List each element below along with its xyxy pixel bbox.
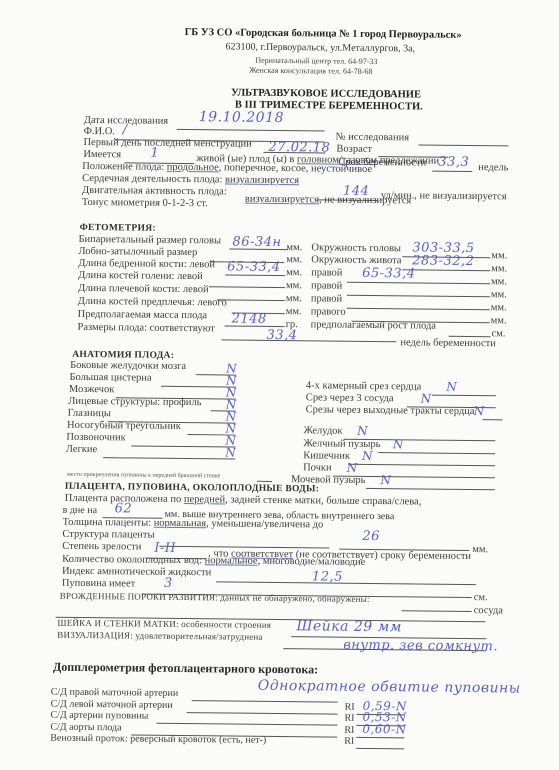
- fundus-value: 62: [115, 501, 133, 516]
- visualization-value: внутр. зев сомкнут.: [343, 638, 498, 655]
- anatomy-item-label: Желудок: [303, 425, 342, 436]
- age-label: Возраст: [336, 144, 372, 155]
- anatomy-item-label: Срезы через выходные тракты сердца: [306, 404, 475, 417]
- humerus-right-line: [347, 295, 490, 297]
- cord-unit: см.: [474, 592, 488, 603]
- size-value: 33,4: [266, 328, 297, 343]
- anatomy-right-column: 4-х камерный срез сердцаNСрез через 3 со…: [0, 0, 559, 3]
- thickness-options: , уменьшена/увеличена до: [206, 518, 323, 530]
- afi-value: 12,5: [312, 569, 343, 584]
- motor-value-row: визуализируется, не визуализируется: [245, 194, 411, 207]
- defects-label: ВРОЖДЕННЫЕ ПОРОКИ РАЗВИТИЯ: данных не об…: [60, 591, 370, 604]
- fluid-label: Количество околоплодных вод:: [62, 554, 202, 566]
- anatomy-item-value: N: [446, 380, 457, 394]
- doppler-row-label: С/Д левой маточной артерии: [51, 698, 173, 710]
- anatomy-item-label: Срез через 3 сосуда: [306, 392, 394, 404]
- doppler-heading: Допплерометрия фетоплацентарного кровото…: [53, 660, 318, 678]
- motor-row: Двигательная активность плода:: [82, 185, 227, 198]
- heart-label: Сердечная деятельность плода:: [82, 173, 222, 185]
- cord-label: Пуповина имеет: [62, 578, 135, 590]
- ofd-label: Лобно-затылочный размер: [78, 246, 197, 258]
- weeks-label: недель беременности: [400, 337, 496, 349]
- anatomy-item-label: Легкие: [66, 444, 98, 455]
- anatomy-item-label: Лицевые структуры: профиль: [68, 396, 201, 408]
- ri-label: RI: [344, 713, 354, 724]
- maturity-value: I-II: [154, 541, 176, 556]
- tibia-label: Длина костей голени: левой: [78, 270, 203, 282]
- anatomy-item-value: N: [362, 449, 373, 463]
- tibia-unit: мм.: [286, 280, 302, 291]
- fio-value: /: [123, 122, 128, 137]
- clinic-name: ГБ УЗ СО «Городская больница № 1 город П…: [185, 27, 462, 41]
- perinatal-phone: Перинатальный центр тел. 64-97-33: [255, 56, 377, 66]
- anatomy-item-value: N: [357, 424, 368, 438]
- doppler-row-label: Венозный проток: реверсный кровоток (ест…: [50, 733, 266, 746]
- bpd-unit: мм.: [286, 242, 302, 253]
- fluid-selected: нормальное: [205, 555, 258, 567]
- anatomy-item-line: [161, 386, 236, 388]
- anatomy-item-line: [379, 452, 496, 454]
- thickness-label: Толщина плаценты:: [62, 517, 151, 529]
- anatomy-item-line: [103, 457, 235, 459]
- anatomy-item-value: N: [225, 445, 236, 459]
- ofd-unit: мм.: [286, 254, 302, 265]
- clinic-address: 623100, г.Первоуральск, ул.Металлургов, …: [225, 41, 415, 54]
- anatomy-item-line: [483, 419, 503, 420]
- tibia-right-label: правой: [311, 280, 342, 291]
- ultrasound-report-page: ГБ УЗ СО «Городская больница № 1 город П…: [0, 0, 559, 770]
- tibia-line: [209, 286, 285, 288]
- forearm-right-label: правого: [311, 306, 346, 317]
- humerus-label: Длина плечевой кости: левой: [78, 283, 209, 295]
- size-line: [221, 339, 396, 342]
- anatomy-item-label: Боковые желудочки мозга: [70, 360, 186, 372]
- fetometry-heading: ФЕТОМЕТРИЯ:: [80, 223, 156, 234]
- doppler-row-label: С/Д правой маточной артерии: [51, 687, 179, 699]
- tibia-right-unit: мм.: [491, 289, 507, 300]
- anatomy-item-line: [348, 464, 495, 467]
- anatomy-item-value: N: [380, 473, 391, 487]
- tibia-right-value: 65-33,4: [362, 266, 416, 282]
- bpd-label: Бипариетальный размер головы: [78, 234, 221, 246]
- anatomy-item-value: N: [474, 404, 485, 418]
- womens-clinic-phone: Женская консультация тел. 64-78-68: [249, 66, 372, 76]
- ac-unit: мм.: [491, 263, 507, 274]
- bpd-value: 86-34н: [232, 235, 281, 251]
- doppler-row-line: [156, 723, 337, 726]
- position-label: Положение плода:: [82, 161, 164, 173]
- doppler-row-line: [187, 712, 338, 715]
- ri-label: RI: [345, 701, 355, 712]
- ac-label: Окружность живота: [311, 254, 401, 266]
- tone-label: Тонус миометрия 0-1-2-3 ст.: [82, 197, 208, 209]
- cervix-label: ШЕЙКА И СТЕНКИ МАТКИ: особенности строен…: [57, 618, 271, 630]
- ga-unit: недель: [478, 162, 508, 173]
- efw-label: Предполагаемая масса плода: [78, 309, 208, 321]
- anatomy-item-line: [366, 488, 495, 490]
- afi-label: Индекс амниотической жидкости: [62, 566, 211, 579]
- ga-line: [432, 171, 472, 172]
- study-number-label: № исследования: [336, 132, 410, 144]
- anatomy-item-label: Почки: [303, 462, 332, 473]
- ac-value: 283-32,2: [412, 253, 474, 269]
- humerus-right-unit: мм.: [491, 302, 507, 313]
- femur-right-unit: мм.: [491, 276, 507, 287]
- humerus-right-label: правой: [311, 293, 342, 304]
- anatomy-item-line: [432, 395, 496, 397]
- heart-row: Сердечная деятельность плода: визуализир…: [82, 173, 299, 186]
- lmp-label: Первый день последней менструации: [83, 137, 251, 150]
- anatomy-item-value: N: [393, 437, 404, 451]
- doppler-row-line: [192, 700, 338, 703]
- doppler-table: С/Д правой маточной артерииС/Д левой мат…: [0, 0, 559, 3]
- thickness-unit: мм.: [472, 544, 488, 555]
- visualization-label: ВИЗУАЛИЗАЦИЯ: удовлетворительная/затрудн…: [57, 630, 262, 642]
- efw-value: 2148: [232, 312, 267, 327]
- position-options: , поперечное, косое, неустойчивое: [219, 162, 372, 175]
- placenta-location-options: , задней стенке матки, больше справа/сле…: [225, 494, 421, 507]
- height-label: предполагаемый рост плода: [311, 319, 436, 331]
- motor-options: , не визуализируется: [319, 194, 411, 206]
- motor-selected: визуализируется: [245, 194, 319, 206]
- anatomy-item-label: Позвоночник: [66, 432, 125, 444]
- doppler-row-label: С/Д аорты плода: [50, 721, 121, 733]
- report-title-line1: УЛЬТРАЗВУКОВОЕ ИССЛЕДОВАНИЕ: [231, 87, 421, 100]
- doppler-row-label: С/Д артерии пуповины: [50, 710, 148, 722]
- has-value: 1: [150, 146, 159, 161]
- thickness-value: 26: [362, 529, 380, 544]
- anatomy-item-label: Глазницы: [68, 408, 111, 419]
- fio-label: Ф.И.О.: [84, 126, 115, 137]
- ga-value: 33,3: [438, 155, 469, 170]
- tibia-right-line: [347, 282, 490, 284]
- anatomy-item-label: Большая цистерна: [69, 372, 151, 384]
- ri-line: [356, 736, 404, 738]
- study-number-line: [418, 144, 508, 146]
- femur-right-label: правой: [311, 267, 342, 278]
- humerus-unit: мм.: [286, 293, 302, 304]
- fluid-options: , многоводие/маловодие: [258, 556, 366, 568]
- has-label: Имеется: [83, 149, 121, 160]
- size-label: Размеры плода: соответствуют: [78, 322, 215, 334]
- ri-label: RI: [344, 724, 354, 735]
- placenta-location-selected: передней: [184, 494, 225, 505]
- ri-line: [356, 748, 404, 750]
- maturity-label: Степень зрелости: [62, 541, 141, 553]
- date-line: [177, 129, 325, 132]
- cord-insertion-label: место прикрепления пуповины к передней б…: [67, 472, 220, 480]
- motor-label: Двигательная активность плода:: [82, 185, 227, 198]
- hc-unit: мм.: [491, 250, 507, 261]
- anatomy-item-value: N: [347, 461, 358, 475]
- forearm-unit: мм.: [286, 306, 302, 317]
- thickness-selected: нормальная: [154, 518, 207, 530]
- structure-label: Структура плаценты: [62, 529, 154, 541]
- cervix-value: Шейка 29 мм: [296, 618, 402, 635]
- femur-value: 65-33,4: [227, 259, 281, 275]
- cord-value: 3: [164, 576, 173, 591]
- anatomy-item-label: Носогубный треугольник: [67, 420, 181, 432]
- anatomy-item-value: N: [421, 392, 432, 406]
- hc-label: Окружность головы: [311, 242, 401, 254]
- date-value: 19.10.2018: [199, 109, 284, 126]
- forearm-right-unit: мм.: [491, 315, 507, 326]
- ri-value: 0,60-N: [362, 721, 406, 735]
- forearm-label: Длина костей предплечья: левого: [78, 296, 227, 309]
- position-selected: продольное: [167, 162, 219, 174]
- defects-line: [402, 610, 472, 612]
- anatomy-left-column: Боковые желудочки мозгаNБольшая цистерна…: [0, 0, 559, 3]
- anatomy-item-label: Кишечник: [303, 450, 350, 461]
- humerus-line: [217, 299, 285, 301]
- anatomy-item-label: Мозжечок: [69, 384, 115, 395]
- ri-label: RI: [344, 736, 354, 747]
- anatomy-item-line: [131, 445, 235, 447]
- femur-label: Длина бедренной кости: левой: [78, 258, 215, 270]
- vessels-label: сосуда: [474, 605, 503, 616]
- femur-unit: мм.: [286, 267, 302, 278]
- cord-insertion-line: [257, 481, 272, 482]
- heart-selected: визуализируется: [225, 174, 299, 186]
- forearm-right-line: [347, 308, 490, 310]
- doppler-note: Однократное обвитие пуповины: [258, 678, 521, 697]
- anatomy-item-label: 4-х камерный срез сердца: [306, 380, 421, 392]
- fundus-label: в дне на: [63, 505, 98, 516]
- afi-line: [216, 581, 476, 585]
